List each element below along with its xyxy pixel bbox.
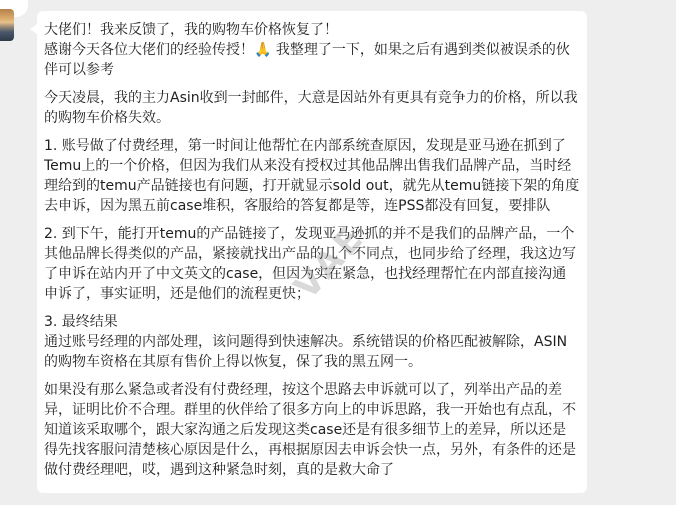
message-text: 大佬们！我来反馈了，我的购物车价格恢复了！ 感谢今天各位大佬们的经验传授！🙏 我… — [44, 20, 580, 480]
message-paragraph-step-1: 1. 账号做了付费经理，第一时间让他帮忙在内部系统查原因，发现是亚马逊在抓到了T… — [44, 136, 580, 216]
message-bubble: 大佬们！我来反馈了，我的购物车价格恢复了！ 感谢今天各位大佬们的经验传授！🙏 我… — [37, 11, 587, 493]
bubble-pointer — [30, 24, 37, 34]
result-heading: 3. 最终结果 — [44, 314, 118, 330]
chat-screen: 大佬们！我来反馈了，我的购物车价格恢复了！ 感谢今天各位大佬们的经验传授！🙏 我… — [0, 0, 676, 505]
message-paragraph-background: 今天凌晨，我的主力Asin收到一封邮件，大意是因站外有更具有竞争力的价格，所以我… — [44, 88, 580, 128]
message-paragraph-result: 3. 最终结果 通过账号经理的内部处理，该问题得到快速解决。系统错误的价格匹配被… — [44, 312, 580, 372]
intro-line-2-pre: 感谢今天各位大佬们的经验传授！ — [44, 42, 254, 58]
message-paragraph-intro: 大佬们！我来反馈了，我的购物车价格恢复了！ 感谢今天各位大佬们的经验传授！🙏 我… — [44, 20, 580, 80]
result-body: 通过账号经理的内部处理，该问题得到快速解决。系统错误的价格匹配被解除，ASIN的… — [44, 334, 567, 370]
message-paragraph-advice: 如果没有那么紧急或者没有付费经理，按这个思路去申诉就可以了，列举出产品的差异，证… — [44, 380, 580, 480]
sender-avatar[interactable] — [0, 9, 14, 41]
intro-line-1: 大佬们！我来反馈了，我的购物车价格恢复了！ — [44, 22, 338, 38]
message-paragraph-step-2: 2. 到下午，能打开temu的产品链接了，发现亚马逊抓的并不是我们的品牌产品，一… — [44, 224, 580, 304]
folded-hands-emoji: 🙏 — [254, 42, 271, 58]
